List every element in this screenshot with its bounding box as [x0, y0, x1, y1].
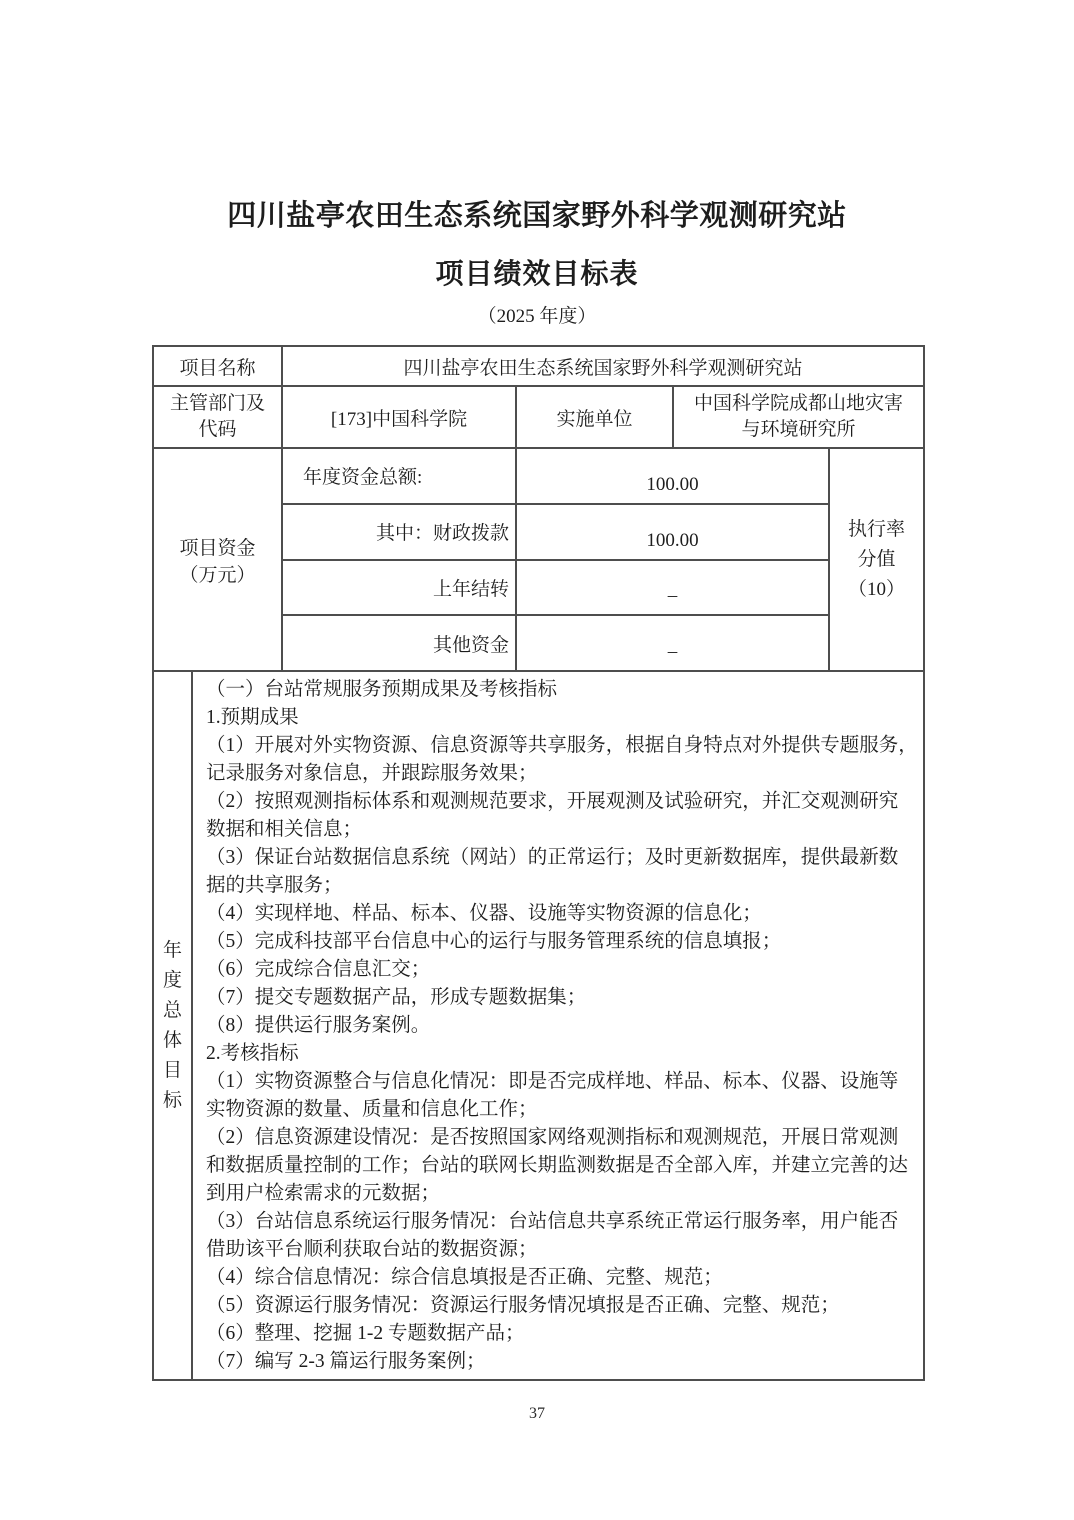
execution-rate-score-line2: 分值: [857, 545, 895, 575]
annual-goal-label-cell: 年度总体目标: [154, 672, 193, 1379]
funding-label-line2: （万元）: [179, 560, 255, 587]
goal-text-line: 实物资源的数量、质量和信息化工作；: [206, 1096, 907, 1124]
implementer-value-line2: 与环境研究所: [741, 417, 855, 443]
goal-text-line: （3）保证台站数据信息系统（网站）的正常运行；及时更新数据库，提供最新数: [206, 844, 907, 872]
goal-text-line: （2）信息资源建设情况：是否按照国家网络观测指标和观测规范，开展日常观测: [206, 1124, 907, 1152]
goal-text-line: （7）提交专题数据产品，形成专题数据集；: [206, 984, 907, 1012]
goal-text-line: （1）开展对外实物资源、信息资源等共享服务，根据自身特点对外提供专题服务，: [206, 732, 907, 760]
funding-label: 项目资金 （万元）: [154, 449, 283, 670]
funding-rows: 年度资金总额: 100.00 其中：财政拨款 100.00 上年结转 – 其他资…: [283, 449, 830, 670]
annual-goal-label: 年度总体目标: [163, 936, 183, 1116]
page-number: 37: [0, 1405, 1074, 1423]
supervisor-label-line2: 代码: [198, 417, 236, 443]
funding-row-fiscal: 其中：财政拨款 100.00: [283, 505, 828, 561]
funding-row-carryover: 上年结转 –: [283, 561, 828, 617]
annual-goal-section: 年度总体目标 （一）台站常规服务预期成果及考核指标1.预期成果（1）开展对外实物…: [154, 672, 923, 1379]
annual-goal-text: （一）台站常规服务预期成果及考核指标1.预期成果（1）开展对外实物资源、信息资源…: [193, 672, 923, 1379]
supervisor-label: 主管部门及 代码: [154, 387, 283, 447]
document-subtitle: 项目绩效目标表: [0, 252, 1074, 292]
document-page: 四川盐亭农田生态系统国家野外科学观测研究站 项目绩效目标表 （2025 年度） …: [0, 0, 1074, 1520]
goal-text-line: 到用户检索需求的元数据；: [206, 1180, 907, 1208]
implementer-value: 中国科学院成都山地灾害 与环境研究所: [674, 387, 923, 447]
project-name-value: 四川盐亭农田生态系统国家野外科学观测研究站: [283, 347, 923, 385]
goal-text-line: （3）台站信息系统运行服务情况：台站信息共享系统正常运行服务率，用户能否: [206, 1208, 907, 1236]
goal-text-line: （6）整理、挖掘 1-2 专题数据产品；: [206, 1320, 907, 1348]
goal-text-line: （1）实物资源整合与信息化情况：即是否完成样地、样品、标本、仪器、设施等: [206, 1068, 907, 1096]
execution-rate-score-line3: （10）: [848, 575, 905, 605]
implementer-label: 实施单位: [517, 387, 674, 447]
project-name-label: 项目名称: [154, 347, 283, 385]
goal-text-line: 2.考核指标: [206, 1040, 907, 1068]
document-title: 四川盐亭农田生态系统国家野外科学观测研究站: [0, 193, 1074, 234]
goal-text-line: 记录服务对象信息，并跟踪服务效果；: [206, 760, 907, 788]
implementer-value-line1: 中国科学院成都山地灾害: [694, 391, 903, 417]
funding-row-fiscal-label: 其中：财政拨款: [283, 505, 517, 559]
goal-text-line: （8）提供运行服务案例。: [206, 1012, 907, 1040]
execution-rate-score: 执行率 分值 （10）: [830, 449, 923, 670]
funding-label-line1: 项目资金: [179, 533, 255, 560]
funding-row-carryover-value: –: [517, 561, 828, 615]
funding-row-carryover-label: 上年结转: [283, 561, 517, 615]
goal-text-line: 据的共享服务；: [206, 872, 907, 900]
funding-row-total-label: 年度资金总额:: [283, 449, 517, 503]
goal-text-line: 数据和相关信息；: [206, 816, 907, 844]
funding-row-fiscal-value: 100.00: [517, 505, 828, 559]
goal-text-line: （一）台站常规服务预期成果及考核指标: [206, 676, 907, 704]
goal-text-line: 1.预期成果: [206, 704, 907, 732]
funding-row-total: 年度资金总额: 100.00: [283, 449, 828, 505]
funding-section: 项目资金 （万元） 年度资金总额: 100.00 其中：财政拨款 100.00 …: [154, 449, 923, 672]
goal-text-line: （2）按照观测指标体系和观测规范要求，开展观测及试验研究，并汇交观测研究: [206, 788, 907, 816]
funding-row-other-label: 其他资金: [283, 616, 517, 670]
supervisor-value: [173]中国科学院: [283, 387, 517, 447]
supervisor-label-line1: 主管部门及: [170, 391, 265, 417]
funding-row-other-value: –: [517, 616, 828, 670]
goal-text-line: （5）完成科技部平台信息中心的运行与服务管理系统的信息填报；: [206, 928, 907, 956]
goal-text-line: 和数据质量控制的工作；台站的联网长期监测数据是否全部入库，并建立完善的达: [206, 1152, 907, 1180]
goal-text-line: （7）编写 2-3 篇运行服务案例；: [206, 1348, 907, 1376]
goal-text-line: （5）资源运行服务情况：资源运行服务情况填报是否正确、完整、规范；: [206, 1292, 907, 1320]
project-name-row: 项目名称 四川盐亭农田生态系统国家野外科学观测研究站: [154, 347, 923, 387]
goal-text-line: （6）完成综合信息汇交；: [206, 956, 907, 984]
goal-text-line: （4）综合信息情况：综合信息填报是否正确、完整、规范；: [206, 1264, 907, 1292]
goal-text-line: 借助该平台顺利获取台站的数据资源；: [206, 1236, 907, 1264]
document-period: （2025 年度）: [0, 301, 1074, 328]
funding-row-total-value: 100.00: [517, 449, 828, 503]
supervisor-row: 主管部门及 代码 [173]中国科学院 实施单位 中国科学院成都山地灾害 与环境…: [154, 387, 923, 449]
goal-text-line: （4）实现样地、样品、标本、仪器、设施等实物资源的信息化；: [206, 900, 907, 928]
funding-row-other: 其他资金 –: [283, 616, 828, 670]
performance-target-table: 项目名称 四川盐亭农田生态系统国家野外科学观测研究站 主管部门及 代码 [173…: [152, 345, 925, 1381]
execution-rate-score-line1: 执行率: [848, 515, 905, 545]
